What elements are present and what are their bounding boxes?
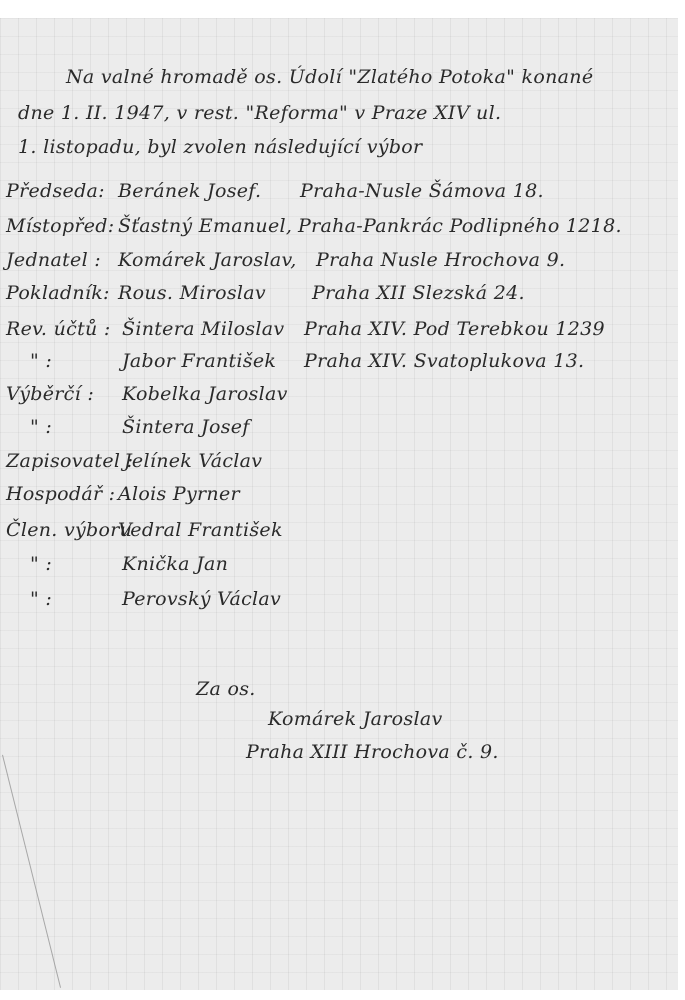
role-treasurer: Pokladník:: [6, 284, 110, 303]
name-member-1: Vedral František: [118, 521, 283, 540]
signature-address: Praha XIII Hrochova č. 9.: [246, 743, 499, 762]
name-member-3: Perovský Václav: [122, 590, 281, 609]
name-secretary: Komárek Jaroslav,: [118, 251, 297, 270]
role-auditor-2: " :: [30, 352, 52, 371]
name-chairman: Beránek Josef.: [118, 182, 261, 201]
role-member-2: " :: [30, 555, 52, 574]
name-collector-2: Šintera Josef: [122, 418, 250, 437]
role-member-1: Člen. výboru: [6, 521, 132, 540]
name-collector-1: Kobelka Jaroslav: [122, 385, 288, 404]
name-auditor-1: Šintera Miloslav: [122, 320, 284, 339]
role-secretary: Jednatel :: [6, 251, 101, 270]
intro-line-1: Na valné hromadě os. Údolí "Zlatého Poto…: [66, 68, 593, 87]
role-collector-2: " :: [30, 418, 52, 437]
name-member-2: Knička Jan: [122, 555, 228, 574]
address-chairman: Praha-Nusle Šámova 18.: [300, 182, 544, 201]
address-vice-chairman: Praha-Pankrác Podlipného 1218.: [298, 217, 622, 236]
role-steward: Hospodář :: [6, 485, 115, 504]
name-vice-chairman: Šťastný Emanuel,: [118, 217, 292, 236]
name-recorder: Jelínek Václav: [124, 452, 262, 471]
role-member-3: " :: [30, 590, 52, 609]
address-auditor-1: Praha XIV. Pod Terebkou 1239: [304, 320, 605, 339]
name-steward: Alois Pyrner: [118, 485, 240, 504]
closing-for: Za os.: [196, 680, 256, 699]
role-chairman: Předseda:: [6, 182, 105, 201]
intro-line-3: 1. listopadu, byl zvolen následující výb…: [18, 138, 422, 157]
role-vice-chairman: Místopřed:: [6, 217, 114, 236]
address-treasurer: Praha XII Slezská 24.: [312, 284, 525, 303]
role-auditor-1: Rev. účtů :: [6, 320, 111, 339]
name-auditor-2: Jabor František: [122, 352, 276, 371]
signature-name: Komárek Jaroslav: [268, 710, 443, 729]
address-secretary: Praha Nusle Hrochova 9.: [316, 251, 565, 270]
role-collector-1: Výběrčí :: [6, 385, 94, 404]
role-recorder: Zapisovatel :: [6, 452, 133, 471]
address-auditor-2: Praha XIV. Svatoplukova 13.: [304, 352, 584, 371]
name-treasurer: Rous. Miroslav: [118, 284, 266, 303]
intro-line-2: dne 1. II. 1947, v rest. "Reforma" v Pra…: [18, 104, 501, 123]
